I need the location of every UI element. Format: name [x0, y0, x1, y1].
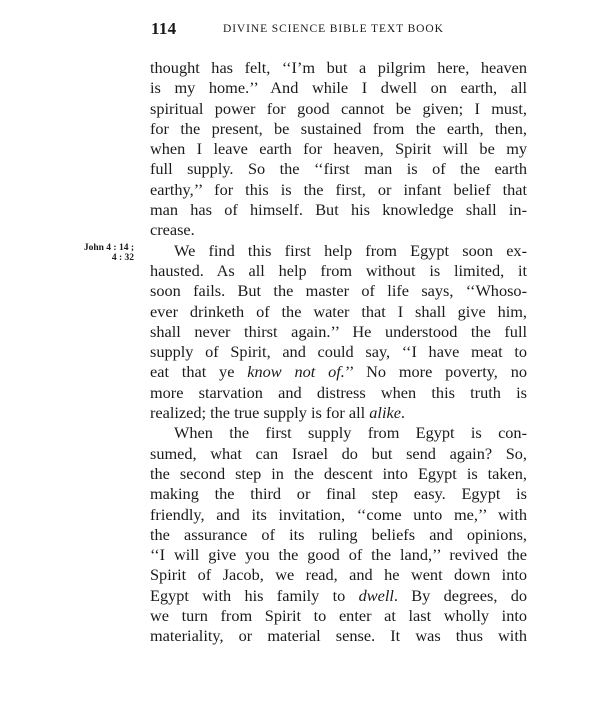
running-title: DIVINE SCIENCE BIBLE TEXT BOOK — [223, 23, 444, 35]
text-line: thought has felt, ‘‘I’m but a pilgrim he… — [150, 58, 527, 78]
text-line: when I leave earth for heaven, Spirit wi… — [150, 139, 527, 159]
text-run: eat that ye — [150, 362, 247, 381]
text-line: the assurance of its ruling beliefs and … — [150, 525, 527, 545]
page-number: 114 — [151, 19, 176, 39]
text-line: soon fails. But the master of life says,… — [150, 281, 527, 301]
text-run: Egypt with his family to — [150, 586, 359, 605]
book-page: 114 DIVINE SCIENCE BIBLE TEXT BOOK John … — [0, 0, 600, 709]
text-line: friendly, and its invitation, ‘‘come unt… — [150, 505, 527, 525]
text-line: the second step in the descent into Egyp… — [150, 464, 527, 484]
body-text: thought has felt, ‘‘I’m but a pilgrim he… — [150, 58, 527, 647]
text-run: ’’ No more poverty, no — [345, 362, 527, 381]
text-line: crease. — [150, 220, 527, 240]
italic-text-run: alike — [369, 403, 401, 422]
scripture-reference-line-2: 4 : 32 — [62, 253, 134, 263]
running-head: 114 DIVINE SCIENCE BIBLE TEXT BOOK — [151, 19, 531, 43]
italic-text-run: dwell — [359, 586, 394, 605]
text-line: We find this first help from Egypt soon … — [150, 241, 527, 261]
scripture-reference-line-1: John 4 : 14 ; — [62, 243, 134, 253]
paragraph-2: We find this first help from Egypt soon … — [150, 241, 527, 424]
text-line: man has of himself. But his knowledge sh… — [150, 200, 527, 220]
text-line: ever drinketh of the water that I shall … — [150, 302, 527, 322]
text-line: more starvation and distress when this t… — [150, 383, 527, 403]
scripture-reference-note: John 4 : 14 ; 4 : 32 — [62, 243, 134, 263]
text-line: sumed, what can Israel do but send again… — [150, 444, 527, 464]
text-line: supply of Spirit, and could say, ‘‘I hav… — [150, 342, 527, 362]
text-run: realized; the true supply is for all — [150, 403, 369, 422]
text-line: for the present, be sustained from the e… — [150, 119, 527, 139]
text-line: Egypt with his family to dwell. By degre… — [150, 586, 527, 606]
paragraph-1: thought has felt, ‘‘I’m but a pilgrim he… — [150, 58, 527, 241]
text-line: realized; the true supply is for all ali… — [150, 403, 527, 423]
text-line: we turn from Spirit to enter at last who… — [150, 606, 527, 626]
text-line: hausted. As all help from without is lim… — [150, 261, 527, 281]
text-line: ‘‘I will give you the good of the land,’… — [150, 545, 527, 565]
paragraph-3: When the first supply from Egypt is con-… — [150, 423, 527, 646]
text-line: making the third or final step easy. Egy… — [150, 484, 527, 504]
text-line: eat that ye know not of.’’ No more pover… — [150, 362, 527, 382]
text-line: is my home.’’ And while I dwell on earth… — [150, 78, 527, 98]
text-line: materiality, or material sense. It was t… — [150, 626, 527, 646]
text-run: . — [401, 403, 405, 422]
text-line: full supply. So the ‘‘first man is of th… — [150, 159, 527, 179]
text-line: spiritual power for good cannot be given… — [150, 99, 527, 119]
text-run: . By degrees, do — [394, 586, 527, 605]
italic-text-run: know not of. — [247, 362, 345, 381]
text-line: When the first supply from Egypt is con- — [150, 423, 527, 443]
text-line: earthy,’’ for this is the first, or infa… — [150, 180, 527, 200]
text-line: shall never thirst again.’’ He understoo… — [150, 322, 527, 342]
text-line: Spirit of Jacob, we read, and he went do… — [150, 565, 527, 585]
